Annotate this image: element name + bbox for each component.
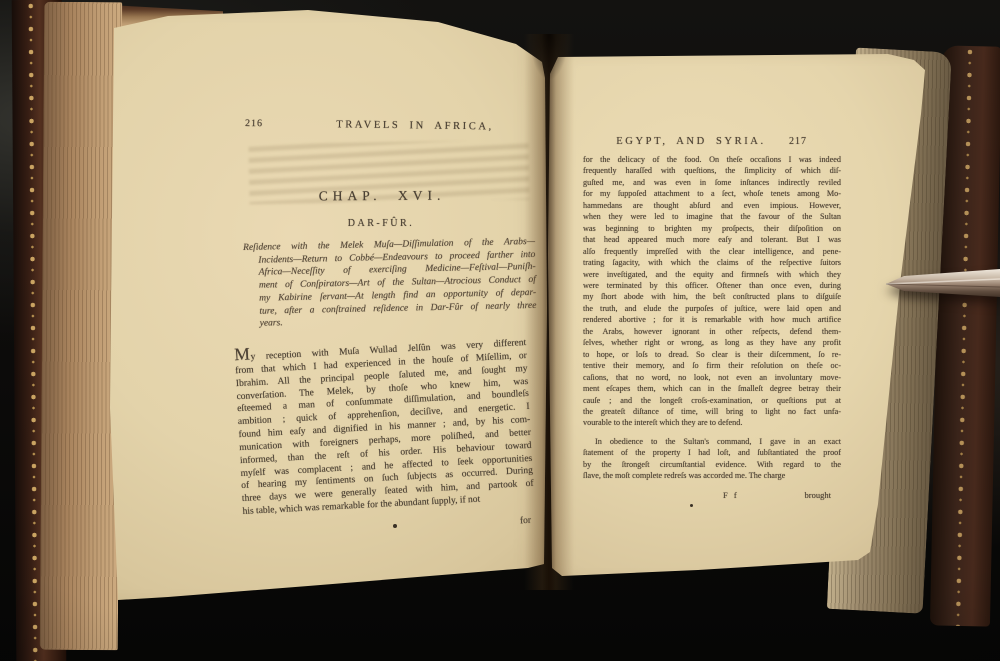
- text-line: caſions, that no word, no look, not even…: [583, 372, 841, 383]
- chapter-argument: Reſidence with the Melek Muſa—Diſſimulat…: [243, 236, 537, 331]
- running-header-left: TRAVELS IN AFRICA,: [269, 118, 561, 133]
- left-page-text: 216 TRAVELS IN AFRICA, CHAP. XVI. DAR-FÛ…: [243, 112, 535, 542]
- text-line: ſlave, the moſt complete redreſs was acc…: [583, 470, 841, 481]
- text-line: that head appeared much more eaſy and to…: [583, 234, 841, 245]
- right-page: EGYPT, AND SYRIA. 217 for the delicacy o…: [548, 54, 928, 580]
- gilt-tooling-right: [950, 46, 978, 626]
- ink-speck: [393, 524, 397, 528]
- left-page: 216 TRAVELS IN AFRICA, CHAP. XVI. DAR-FÛ…: [108, 8, 548, 604]
- text-line: were inveſtigated, and the equity and fi…: [583, 269, 841, 280]
- left-body-paragraph: My reception with Muſa Wullad Jelſûn was…: [234, 335, 534, 519]
- right-running-head-row: EGYPT, AND SYRIA. 217: [583, 136, 841, 150]
- text-line: vourable to the intereſt which they are …: [583, 417, 841, 428]
- text-line: the Arabs, however ignorant in other reſ…: [583, 326, 841, 337]
- text-line: the greateſt diſtance of time, will brin…: [583, 406, 841, 417]
- chapter-title: DAR-FÛR.: [235, 218, 527, 229]
- right-body-paragraph-1: for the delicacy of the food. On theſe o…: [583, 154, 841, 429]
- text-line: trating ſagacity, with which the claims …: [583, 257, 841, 268]
- text-line: cauſe ; and the longeſt croſs-examinatio…: [583, 395, 841, 406]
- catchword-left: for: [520, 516, 532, 527]
- running-header-right: EGYPT, AND SYRIA.: [562, 136, 820, 147]
- text-line: ment eſcapes them, which can in the ſmal…: [583, 383, 841, 394]
- text-line: for the delicacy of the food. On theſe o…: [583, 154, 841, 165]
- page-number-right: 217: [789, 136, 807, 147]
- text-line: guſted me, and was even in ſome inſtance…: [583, 177, 841, 188]
- chapter-heading: CHAP. XVI.: [236, 187, 528, 205]
- text-line: hammedans are thought abſurd and even im…: [583, 200, 841, 211]
- signature-mark: F f: [723, 490, 739, 500]
- catchword-right: brought: [805, 490, 831, 500]
- text-line: rendered abortive ; for it is remarkable…: [583, 314, 841, 325]
- text-line: tentive their memory, and ſo firm their …: [583, 360, 841, 371]
- text-line: for my ſuppoſed attachment to a ſect, wh…: [583, 188, 841, 199]
- text-line: by the ſtrongeſt circumſtantial evidence…: [583, 459, 841, 470]
- drop-cap: M: [234, 343, 251, 364]
- text-line: frequently haraſſed with queſtions, the …: [583, 165, 841, 176]
- text-line: was beginning to brighten my proſpects, …: [583, 223, 841, 234]
- text-line: In obedience to the Sultan's command, I …: [583, 436, 841, 447]
- text-line: alſo frequently impreſſed with the clear…: [583, 246, 841, 257]
- page-number-left: 216: [245, 118, 263, 129]
- text-line: ſelves, whether right or wrong, as long …: [583, 337, 841, 348]
- metal-pointer-blade: [884, 266, 1000, 300]
- left-body-lines: from that which I had experienced in the…: [235, 350, 535, 519]
- left-running-head-row: 216 TRAVELS IN AFRICA,: [243, 118, 535, 136]
- right-page-text: EGYPT, AND SYRIA. 217 for the delicacy o…: [583, 128, 841, 568]
- left-page-block-edge: [40, 2, 123, 651]
- text-line: my ſhort abode with him, the beſt conſtr…: [583, 291, 841, 302]
- text-line: when they were led to imagine that the f…: [583, 211, 841, 222]
- text-line: to hope, or loſs to dread. So clear is t…: [583, 349, 841, 360]
- ink-speck: [690, 504, 693, 507]
- text-line: the truth, and elude the purpoſes of juſ…: [583, 303, 841, 314]
- text-line: ſtatement of the property I had loſt, an…: [583, 447, 841, 458]
- photo-open-antique-book: 216 TRAVELS IN AFRICA, CHAP. XVI. DAR-FÛ…: [0, 0, 1000, 661]
- pointer-graphic: [884, 266, 1000, 300]
- signature-row: F f brought: [583, 490, 841, 502]
- right-body-paragraph-2: In obedience to the Sultan's command, I …: [583, 436, 841, 482]
- text-line: were terminated by this officer. Oftener…: [583, 280, 841, 291]
